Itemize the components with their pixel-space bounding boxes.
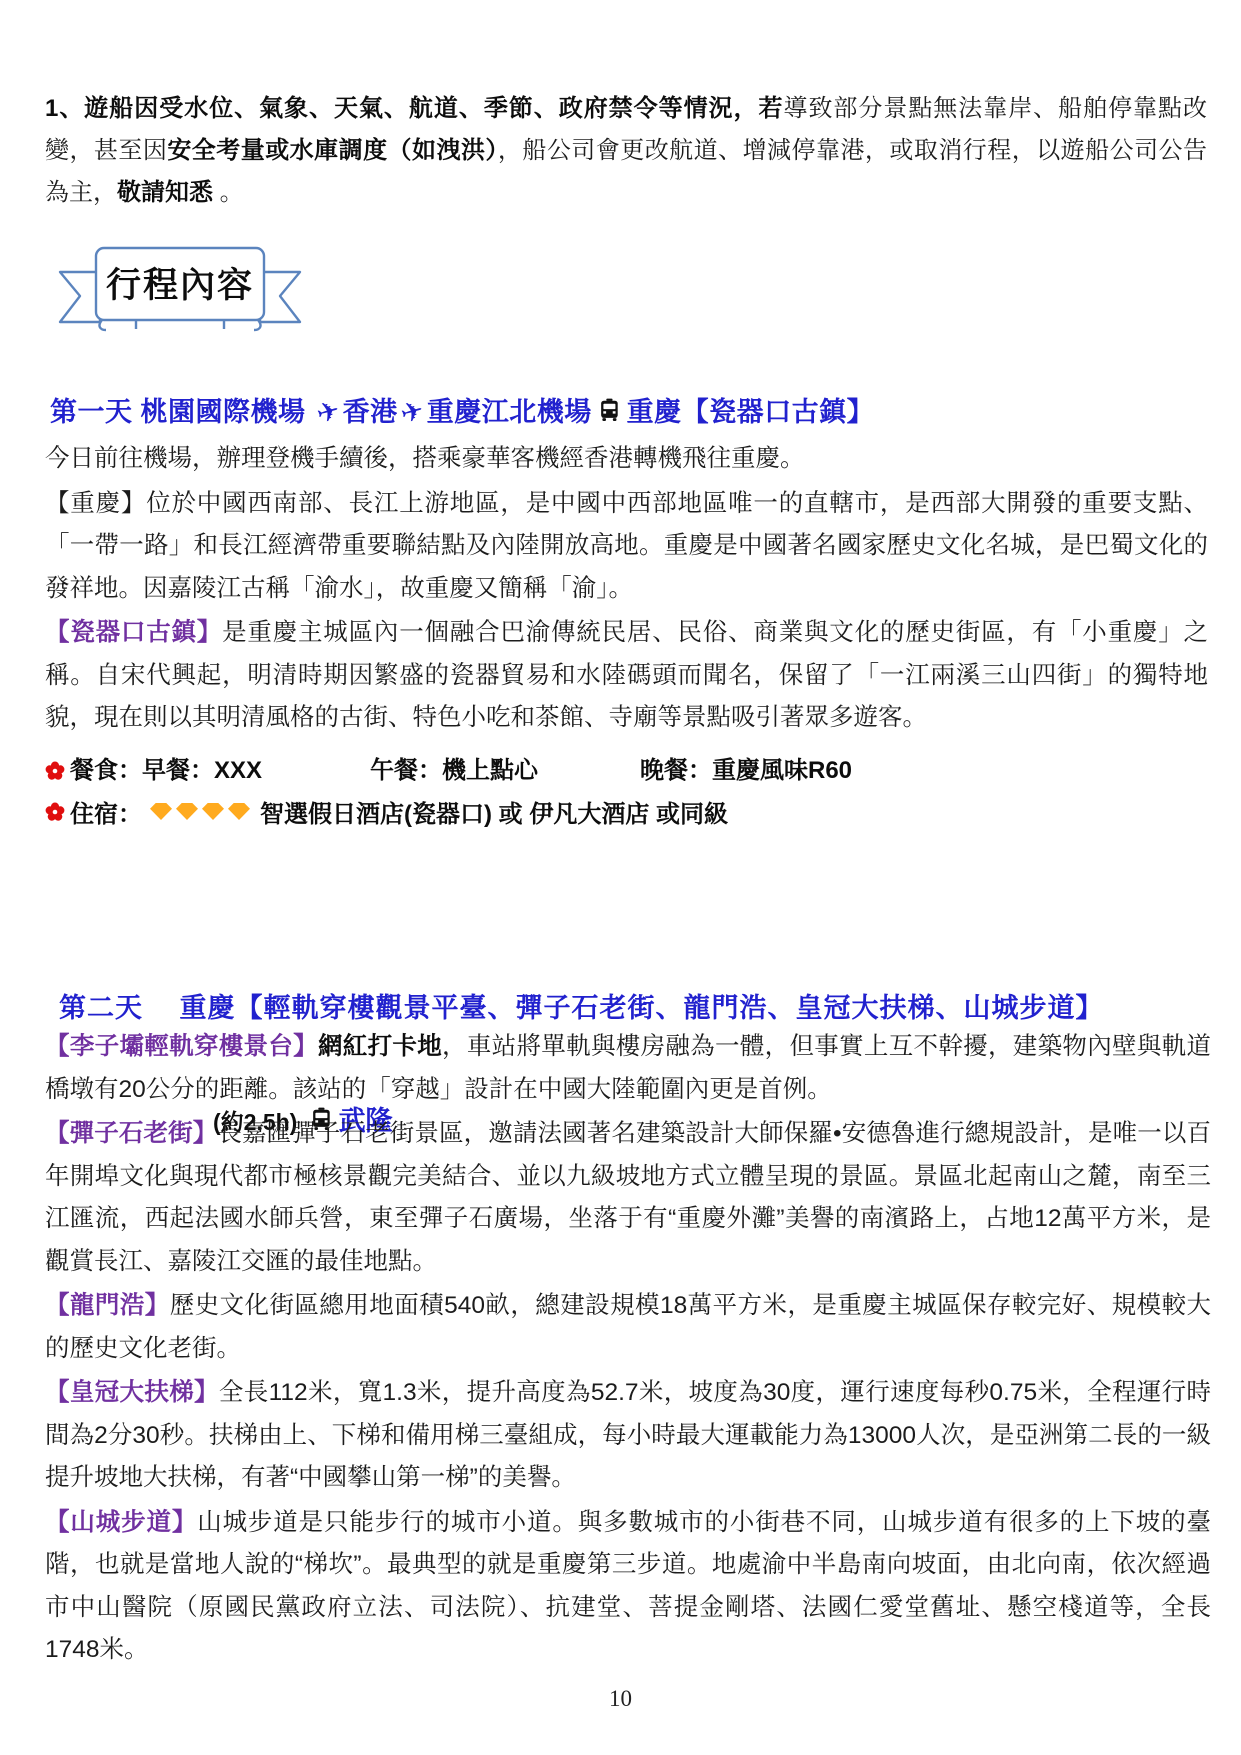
text-run: 1、遊船因受水位、氣象、天氣、航道、季節、政府禁令等情況，若 bbox=[45, 95, 783, 122]
meals-lunch: 午餐：機上點心 bbox=[370, 750, 538, 785]
ribbon-banner-title: 行程內容 bbox=[106, 266, 254, 305]
text-run: 山城步道是只能步行的城市小道。與多數城市的小街巷不同，山城步道有很多的上下坡的臺… bbox=[45, 1509, 1211, 1664]
meals-breakfast-value: 早餐：XXX bbox=[142, 757, 262, 784]
ribbon-right-tail bbox=[260, 272, 300, 322]
itinerary-document-page: 1、遊船因受水位、氣象、天氣、航道、季節、政府禁令等情況，若導致部分景點無法靠岸… bbox=[0, 0, 1241, 1755]
page-number: 10 bbox=[0, 1686, 1241, 1712]
text-run: 【李子壩輕軌穿樓景台】 bbox=[45, 1033, 318, 1060]
day2-paragraph-liziba: 【李子壩輕軌穿樓景台】網紅打卡地，車站將單軌與樓房融為一體，但事實上互不幹擾，建… bbox=[45, 1026, 1211, 1111]
text-run: 【山城步道】 bbox=[45, 1509, 197, 1536]
day2-body: 【李子壩輕軌穿樓景台】網紅打卡地，車站將單軌與樓房融為一體，但事實上互不幹擾，建… bbox=[45, 1026, 1211, 1674]
day1-paragraph-arrival: 今日前往機場，辦理登機手續後，搭乘豪華客機經香港轉機飛往重慶。 bbox=[45, 438, 1208, 481]
text-run: 香港 bbox=[343, 397, 398, 427]
cruise-notice-paragraph: 1、遊船因受水位、氣象、天氣、航道、季節、政府禁令等情況，若導致部分景點無法靠岸… bbox=[45, 88, 1207, 214]
text-run: 位於中國西南部、長江上游地區，是中國中西部地區唯一的直轄市，是西部大開發的重要支… bbox=[45, 490, 1208, 602]
day2-heading-line1: 第二天 重慶【輕軌穿樓觀景平臺、彈子石老街、龍門浩、皇冠大扶梯、山城步道】 bbox=[45, 986, 1104, 1025]
text-run: 網紅打卡地 bbox=[318, 1033, 442, 1060]
text-run: 重慶【瓷器口古鎮】 bbox=[627, 397, 875, 427]
day1-heading: 第一天 桃園國際機場 ✈香港✈重慶江北機場重慶【瓷器口古鎮】 bbox=[50, 390, 874, 429]
text-run: 重慶江北機場 bbox=[427, 397, 592, 427]
day2-paragraph-longmenhao: 【龍門浩】歷史文化街區總用地面積540畝，總建設規模18萬平方米，是重慶主城區保… bbox=[45, 1285, 1211, 1370]
text-run: 【龍門浩】 bbox=[45, 1292, 170, 1319]
day1-paragraph-chongqing: 【重慶】位於中國西南部、長江上游地區，是中國中西部地區唯一的直轄市，是西部大開發… bbox=[45, 483, 1208, 611]
text-run: 【皇冠大扶梯】 bbox=[45, 1379, 219, 1406]
text-run: 【重慶】 bbox=[45, 490, 146, 517]
hotel-label: 住宿： bbox=[70, 794, 142, 829]
text-run: 長嘉匯彈子石老街景區，邀請法國著名建築設計大師保羅•安德魯進行總規設計，是唯一以… bbox=[45, 1120, 1211, 1275]
itinerary-content-banner: 行程內容 bbox=[52, 236, 308, 341]
text-run: 【瓷器口古鎮】 bbox=[45, 619, 222, 646]
hotel-star-rating bbox=[150, 803, 250, 820]
flower-icon bbox=[45, 757, 65, 785]
day2-paragraph-danzishi: 【彈子石老街】長嘉匯彈子石老街景區，邀請法國著名建築設計大師保羅•安德魯進行總規… bbox=[45, 1113, 1211, 1283]
ribbon-banner-shape: 行程內容 bbox=[52, 236, 308, 336]
meals-label: 餐食： bbox=[70, 757, 142, 784]
gem-icon bbox=[202, 803, 224, 820]
text-run: 【彈子石老街】 bbox=[45, 1120, 217, 1147]
day2-paragraph-shancheng-trail: 【山城步道】山城步道是只能步行的城市小道。與多數城市的小街巷不同，山城步道有很多… bbox=[45, 1502, 1211, 1672]
gem-icon bbox=[228, 803, 250, 820]
text-run: 。 bbox=[213, 179, 244, 206]
gem-icon bbox=[176, 803, 198, 820]
gem-icon bbox=[150, 803, 172, 820]
day1-paragraph-ciqikou: 【瓷器口古鎮】是重慶主城區內一個融合巴渝傳統民居、民俗、商業與文化的歷史街區，有… bbox=[45, 612, 1208, 740]
text-run: 安全考量或水庫調度（如洩洪） bbox=[167, 137, 498, 164]
ribbon-left-tail bbox=[60, 272, 100, 322]
text-run: 全長112米，寬1.3米，提升高度為52.7米，坡度為30度，運行速度每秒0.7… bbox=[45, 1379, 1211, 1491]
day1-hotel-row: 住宿： 智選假日酒店(瓷器口) 或 伊凡大酒店 或同級 bbox=[45, 794, 728, 829]
bus-icon bbox=[597, 397, 622, 428]
day2-paragraph-crown-escalator: 【皇冠大扶梯】全長112米，寬1.3米，提升高度為52.7米，坡度為30度，運行… bbox=[45, 1372, 1211, 1500]
text-run: 第一天 桃園國際機場 bbox=[50, 397, 314, 427]
text-run: 敬請知悉 bbox=[117, 179, 213, 206]
airplane-icon: ✈ bbox=[313, 394, 344, 430]
meals-breakfast: 餐食：早餐：XXX bbox=[45, 750, 262, 785]
text-run: 第二天 重慶【輕軌穿樓觀景平臺、彈子石老街、龍門浩、皇冠大扶梯、山城步道】 bbox=[59, 993, 1104, 1023]
text-run: 今日前往機場，辦理登機手續後，搭乘豪華客機經香港轉機飛往重慶。 bbox=[45, 445, 805, 472]
day1-body: 今日前往機場，辦理登機手續後，搭乘豪華客機經香港轉機飛往重慶。 【重慶】位於中國… bbox=[45, 438, 1208, 742]
airplane-icon: ✈ bbox=[397, 394, 428, 430]
day1-meals-row: 餐食：早餐：XXX 午餐：機上點心 晚餐：重慶風味R60 bbox=[45, 750, 1205, 792]
text-run: 歷史文化街區總用地面積540畝，總建設規模18萬平方米，是重慶主城區保存較完好、… bbox=[45, 1292, 1211, 1362]
flower-icon bbox=[45, 798, 65, 826]
hotel-name: 智選假日酒店(瓷器口) 或 伊凡大酒店 或同級 bbox=[260, 794, 728, 829]
meals-dinner: 晚餐：重慶風味R60 bbox=[640, 750, 852, 785]
